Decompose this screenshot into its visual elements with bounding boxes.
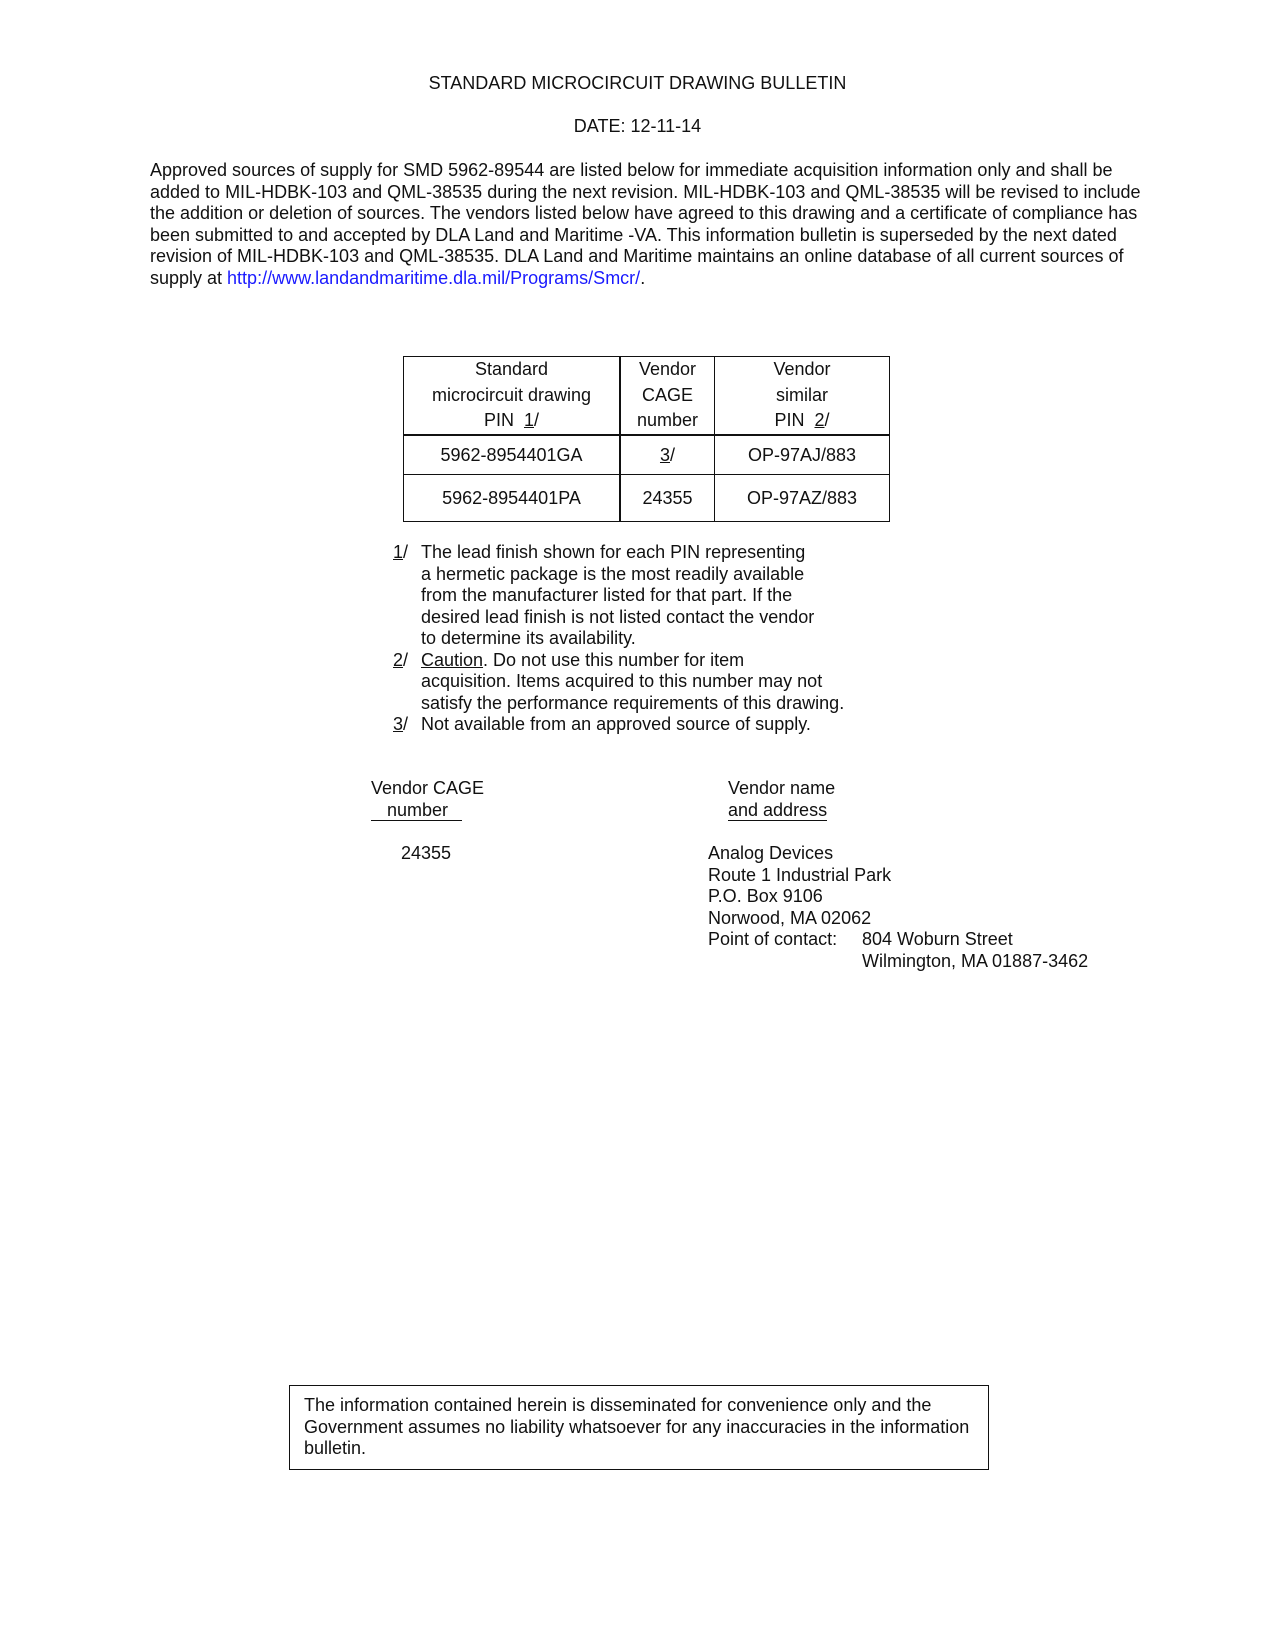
footnote-ref-2: 2 xyxy=(814,410,824,430)
footnote-2: 2/ Caution. Do not use this number for i… xyxy=(393,650,893,715)
vendor-cage-header: Vendor CAGE number xyxy=(375,778,484,821)
vendor-name: Analog Devices xyxy=(708,843,1088,865)
intro-paragraph: Approved sources of supply for SMD 5962-… xyxy=(150,160,1150,290)
vendor-cage-number: 24355 xyxy=(401,843,451,864)
table-row: 5962-8954401GA 3/ OP-97AJ/883 xyxy=(404,435,890,475)
vendor-name-header: Vendor name and address xyxy=(728,778,835,821)
bulletin-title: STANDARD MICROCIRCUIT DRAWING BULLETIN xyxy=(0,73,1275,94)
table-row: 5962-8954401PA 24355 OP-97AZ/883 xyxy=(404,475,890,522)
cage-cell: 24355 xyxy=(620,475,715,522)
vendor-address: Analog Devices Route 1 Industrial Park P… xyxy=(708,843,1088,972)
bulletin-date: DATE: 12-11-14 xyxy=(0,116,1275,137)
sources-link[interactable]: http://www.landandmaritime.dla.mil/Progr… xyxy=(227,268,640,288)
footnotes: 1/ The lead finish shown for each PIN re… xyxy=(393,542,893,736)
caution-label: Caution xyxy=(421,650,483,670)
vendor-pin-cell: OP-97AJ/883 xyxy=(715,435,890,475)
footnote-3: 3/ Not available from an approved source… xyxy=(393,714,893,736)
cage-cell: 3/ xyxy=(620,435,715,475)
header-smd-pin: Standard microcircuit drawing PIN 1/ xyxy=(404,357,621,436)
smd-pin-cell: 5962-8954401PA xyxy=(404,475,621,522)
header-vendor-pin: Vendor similar PIN 2/ xyxy=(715,357,890,436)
smd-pin-cell: 5962-8954401GA xyxy=(404,435,621,475)
footnote-ref-3: 3 xyxy=(660,445,670,465)
point-of-contact: Point of contact: 804 Woburn Street Wilm… xyxy=(708,929,1088,972)
approved-sources-table: Standard microcircuit drawing PIN 1/ Ven… xyxy=(403,356,890,522)
header-vendor-cage: Vendor CAGE number xyxy=(620,357,715,436)
vendor-pin-cell: OP-97AZ/883 xyxy=(715,475,890,522)
footnote-ref-1: 1 xyxy=(524,410,534,430)
footnote-1: 1/ The lead finish shown for each PIN re… xyxy=(393,542,893,650)
disclaimer-box: The information contained herein is diss… xyxy=(289,1385,989,1470)
table-header-row: Standard microcircuit drawing PIN 1/ Ven… xyxy=(404,357,890,436)
